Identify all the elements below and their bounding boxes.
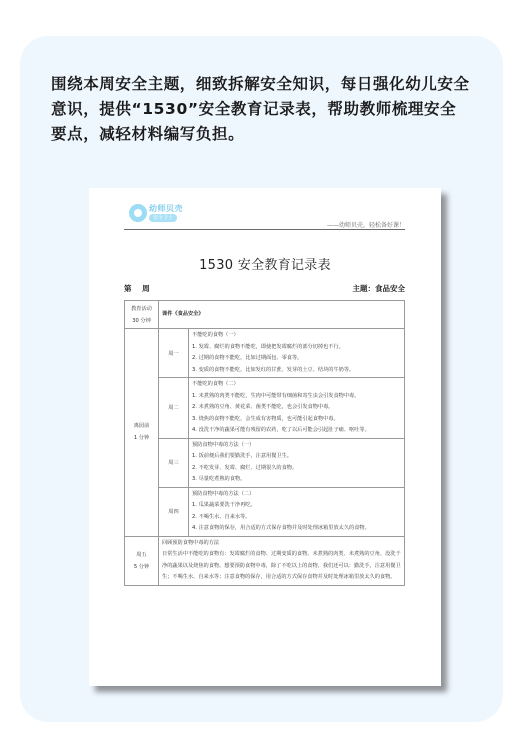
- day-cell: 周四: [159, 487, 189, 536]
- shell-logo-icon: [129, 204, 147, 222]
- day-cell: 周三: [159, 438, 189, 487]
- logo-subtitle: 安全卫士: [149, 214, 177, 222]
- day-content: 不能吃的食物（一） 1. 发霉、腐烂的食物不能吃，即使把发霉腐烂的部分切掉也不行…: [189, 329, 405, 378]
- row-label: 教育活动 30 分钟: [125, 301, 159, 329]
- table-row: 周三 预防食物中毒的方法（一） 1. 饭前便后我们要勤洗手，注意用餐卫生。 2.…: [125, 438, 405, 487]
- row-label: 周五 5 分钟: [125, 536, 159, 585]
- brand-logo: 幼师贝壳 安全卫士: [129, 204, 195, 224]
- day-content: 预防食物中毒的方法（一） 1. 饭前便后我们要勤洗手，注意用餐卫生。 2. 不吃…: [189, 438, 405, 487]
- record-table: 教育活动 30 分钟 课件《食品安全》 离园前 1 分钟 周一 不能吃的食物（一…: [124, 300, 405, 586]
- row-content: 课件《食品安全》: [159, 301, 405, 329]
- row-content: 回顾预防食物中毒的方法 日常生活中不能吃的食物有：发霉腐烂的食物、过期变质的食物…: [159, 536, 405, 585]
- theme-label: 主题：食品安全: [353, 283, 406, 294]
- table-row: 周二 不能吃的食物（二） 1. 未煮熟的肉类不能吃，生肉中可能带有细菌和寄生虫会…: [125, 378, 405, 439]
- table-row: 离园前 1 分钟 周一 不能吃的食物（一） 1. 发霉、腐烂的食物不能吃，即使把…: [125, 329, 405, 378]
- day-content: 预防食物中毒的方法（二） 1. 瓜果蔬菜要洗干净再吃。 2. 不喝生水、自来水等…: [189, 487, 405, 536]
- logo-name: 幼师贝壳: [149, 203, 183, 214]
- day-cell: 周二: [159, 378, 189, 439]
- table-row: 周五 5 分钟 回顾预防食物中毒的方法 日常生活中不能吃的食物有：发霉腐烂的食物…: [125, 536, 405, 585]
- document-preview: 幼师贝壳 安全卫士 ——幼师贝壳，轻松备好课！ 1530 安全教育记录表 第 周…: [89, 188, 441, 686]
- table-row: 周四 预防食物中毒的方法（二） 1. 瓜果蔬菜要洗干净再吃。 2. 不喝生水、自…: [125, 487, 405, 536]
- day-content: 不能吃的食物（二） 1. 未煮熟的肉类不能吃，生肉中可能带有细菌和寄生虫会引发食…: [189, 378, 405, 439]
- header-divider: [124, 229, 405, 230]
- week-label: 第 周: [124, 283, 150, 294]
- table-row: 教育活动 30 分钟 课件《食品安全》: [125, 301, 405, 329]
- document-title: 1530 安全教育记录表: [89, 254, 441, 273]
- intro-text: 围绕本周安全主题，细致拆解安全知识，每日强化幼儿安全意识，提供“1530”安全教…: [51, 72, 471, 147]
- day-cell: 周一: [159, 329, 189, 378]
- slogan: ——幼师贝壳，轻松备好课！: [327, 220, 405, 229]
- group-label: 离园前 1 分钟: [125, 329, 159, 537]
